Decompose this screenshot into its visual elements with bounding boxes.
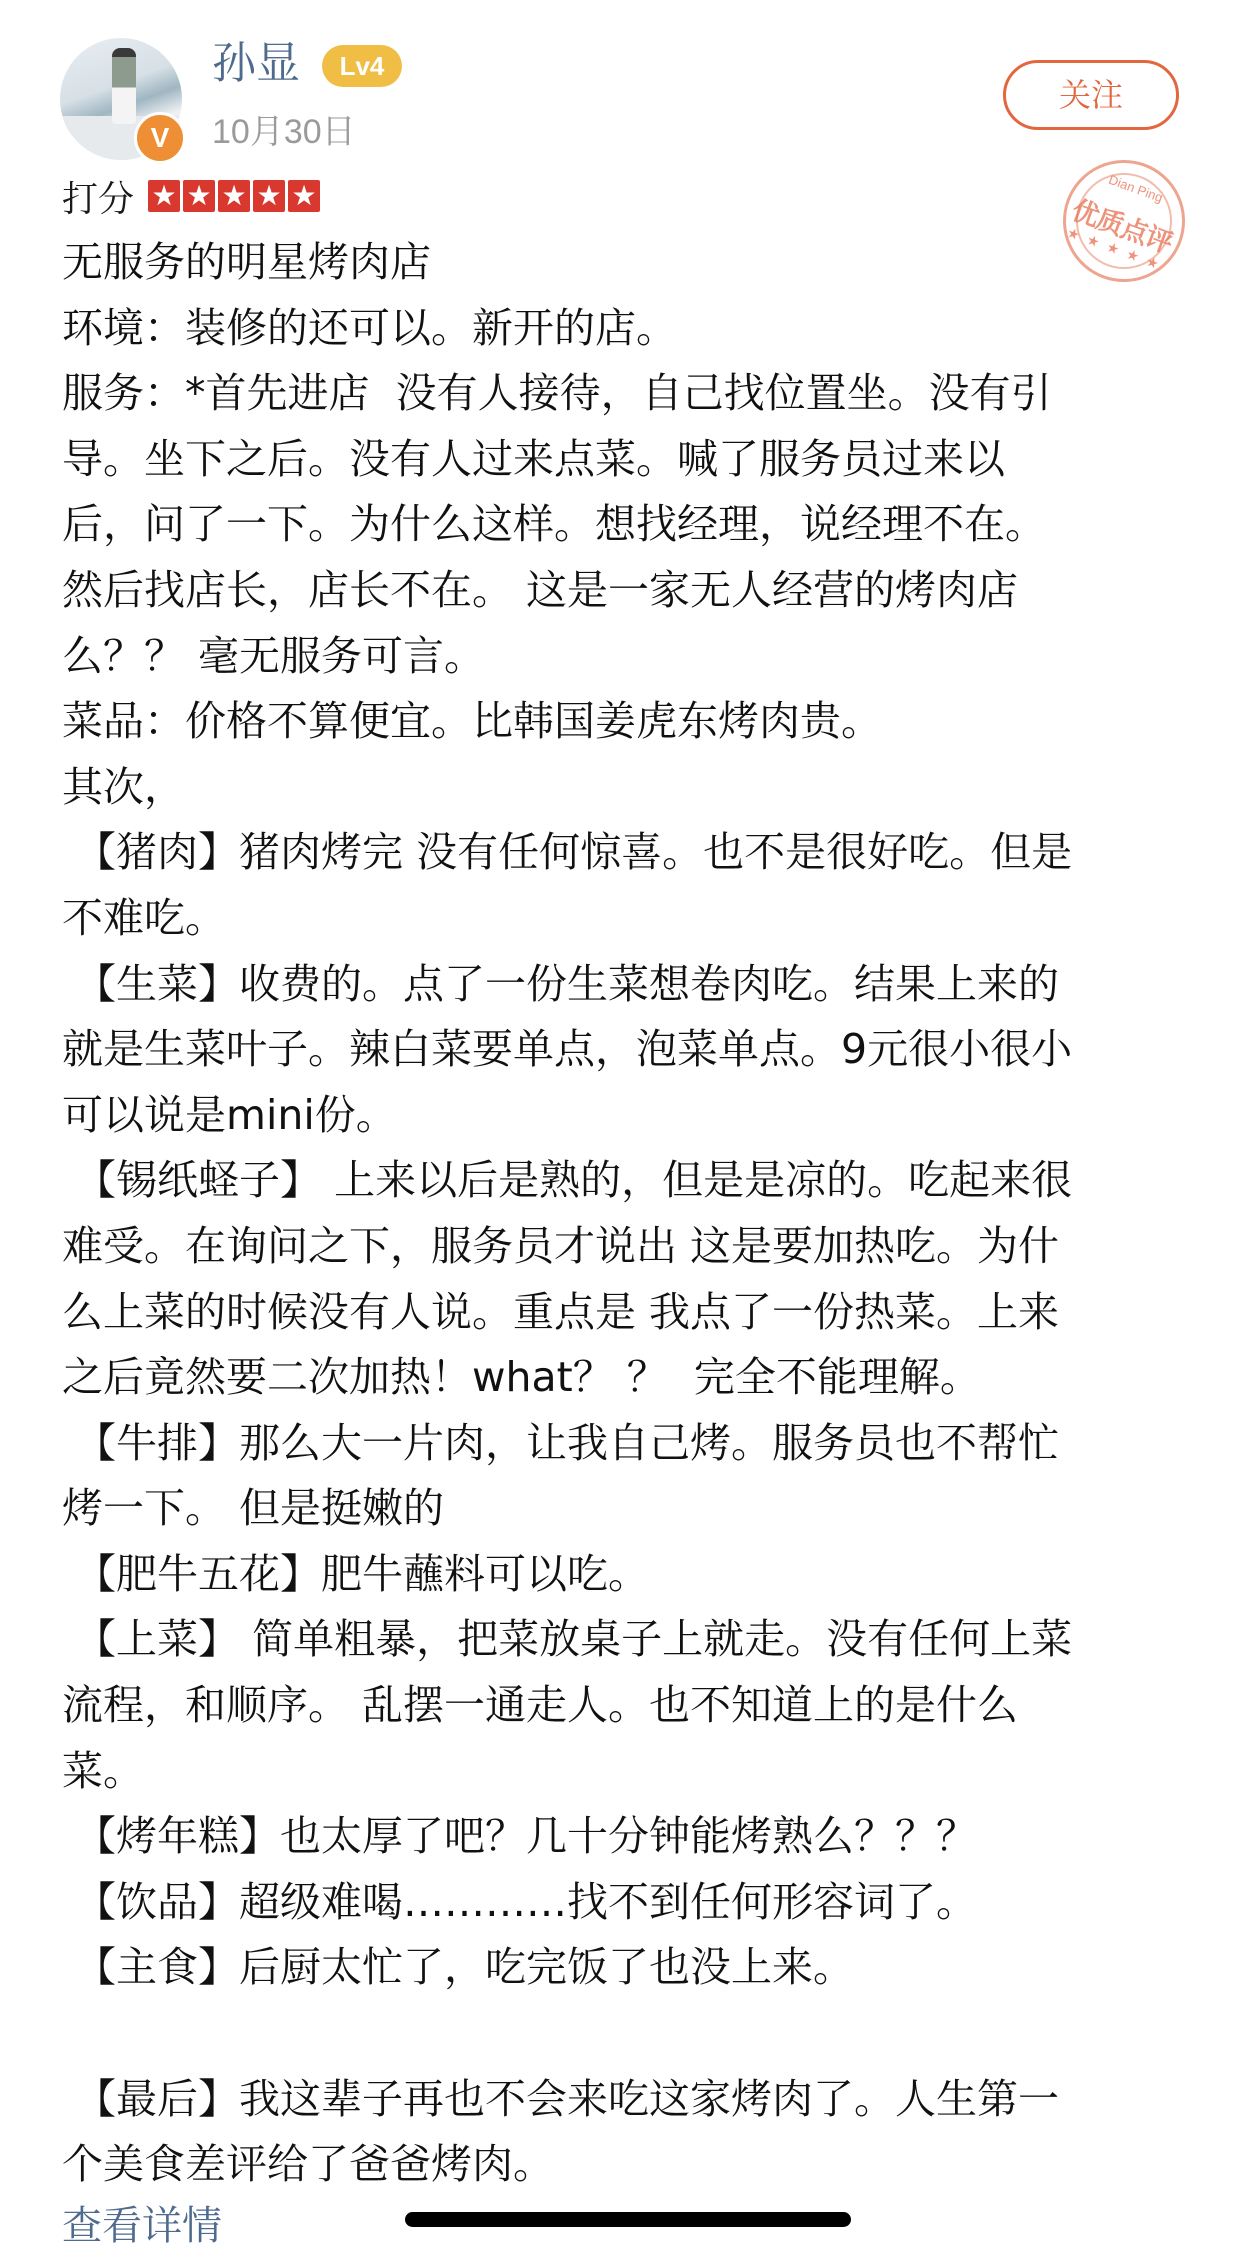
avatar-photo-person <box>112 48 136 124</box>
level-badge: Lv4 <box>322 45 402 87</box>
view-details-link[interactable]: 查看详情 <box>62 2196 222 2256</box>
verified-v-icon: V <box>134 112 186 164</box>
home-indicator[interactable] <box>405 2212 851 2227</box>
review-line: 菜品：价格不算便宜。比韩国姜虎东烤肉贵。 <box>62 689 1202 755</box>
review-line: 然后找店长，店长不在。 这是一家无人经营的烤肉店 <box>62 558 1202 624</box>
review-line: 难受。在询问之下，服务员才说出 这是要加热吃。为什 <box>62 1214 1202 1280</box>
review-line: 烤一下。 但是挺嫩的 <box>62 1476 1202 1542</box>
review-line: 环境：装修的还可以。新开的店。 <box>62 296 1202 362</box>
star-icon: ★ <box>218 180 250 212</box>
review-line: 【主食】后厨太忙了，吃完饭了也没上来。 <box>62 1935 1202 2001</box>
star-rating: ★ ★ ★ ★ ★ <box>148 180 320 212</box>
review-line: 菜。 <box>62 1739 1202 1805</box>
rating-label: 打分 <box>62 171 134 222</box>
review-line: 么？？ 毫无服务可言。 <box>62 624 1202 690</box>
star-icon: ★ <box>183 180 215 212</box>
review-line: 之后竟然要二次加热！what？ ？ 完全不能理解。 <box>62 1345 1202 1411</box>
review-line: 不难吃。 <box>62 886 1202 952</box>
review-date: 10月30日 <box>212 108 356 156</box>
review-line: 流程，和顺序。 乱摆一通走人。也不知道上的是什么 <box>62 1673 1202 1739</box>
review-body: 无服务的明星烤肉店 环境：装修的还可以。新开的店。 服务：*首先进店 没有人接待… <box>62 230 1202 2198</box>
review-title: 无服务的明星烤肉店 <box>62 230 1202 296</box>
review-line: 【猪肉】猪肉烤完 没有任何惊喜。也不是很好吃。但是 <box>62 820 1202 886</box>
review-line: 【饮品】超级难喝…………找不到任何形容词了。 <box>62 1870 1202 1936</box>
review-line: 【牛排】那么大一片肉，让我自己烤。服务员也不帮忙 <box>62 1411 1202 1477</box>
review-line: 【锡纸蛏子】 上来以后是熟的，但是是凉的。吃起来很 <box>62 1148 1202 1214</box>
review-line: 后，问了一下。为什么这样。想找经理，说经理不在。 <box>62 492 1202 558</box>
review-line: 服务：*首先进店 没有人接待，自己找位置坐。没有引 <box>62 361 1202 427</box>
review-line: 导。坐下之后。没有人过来点菜。喊了服务员过来以 <box>62 427 1202 493</box>
review-line: 【烤年糕】也太厚了吧？几十分钟能烤熟么？？？ <box>62 1804 1202 1870</box>
review-line: 可以说是mini份。 <box>62 1083 1202 1149</box>
follow-button[interactable]: 关注 <box>1003 60 1179 130</box>
review-line: 就是生菜叶子。辣白菜要单点，泡菜单点。9元很小很小 <box>62 1017 1202 1083</box>
username[interactable]: 孙显 <box>212 36 300 92</box>
review-line: 【生菜】收费的。点了一份生菜想卷肉吃。结果上来的 <box>62 952 1202 1018</box>
review-line: 【上菜】 简单粗暴，把菜放桌子上就走。没有任何上菜 <box>62 1607 1202 1673</box>
review-line: 个美食差评给了爸爸烤肉。 <box>62 2132 1202 2198</box>
star-icon: ★ <box>148 180 180 212</box>
review-blank-line <box>62 2001 1202 2067</box>
review-line: 么上菜的时候没有人说。重点是 我点了一份热菜。上来 <box>62 1280 1202 1346</box>
review-line: 【肥牛五花】肥牛蘸料可以吃。 <box>62 1542 1202 1608</box>
review-line: 【最后】我这辈子再也不会来吃这家烤肉了。人生第一 <box>62 2067 1202 2133</box>
star-icon: ★ <box>288 180 320 212</box>
rating-row: 打分 ★ ★ ★ ★ ★ <box>62 168 320 224</box>
star-icon: ★ <box>253 180 285 212</box>
review-line: 其次， <box>62 755 1202 821</box>
